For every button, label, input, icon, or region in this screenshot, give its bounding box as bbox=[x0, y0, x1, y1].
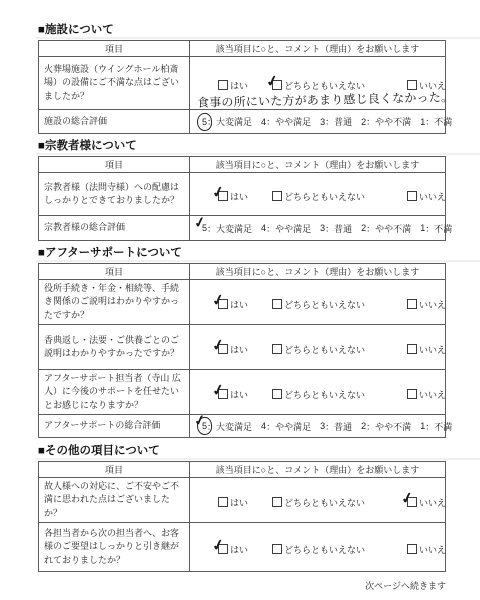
checkbox-square bbox=[218, 80, 228, 90]
option-label: どちらともいえない bbox=[284, 300, 365, 310]
rating-label: やや満足 bbox=[275, 420, 311, 433]
question-row: 火葬場施設（ウイングホール柏斎場）の設備にご不満な点はございましたか？ ✓はい … bbox=[39, 57, 446, 110]
option-label: はい bbox=[230, 345, 248, 355]
options-row: ✓はい ✓どちらともいえない ✓いいえ bbox=[190, 186, 445, 203]
options-row: ✓はい ✓どちらともいえない ✓いいえ bbox=[190, 339, 445, 356]
option-label: いいえ bbox=[419, 345, 446, 355]
options-row: ✓はい ✓どちらともいえない ✓いいえ bbox=[190, 492, 445, 509]
checkbox-square bbox=[407, 344, 417, 354]
rating-number: 3 bbox=[320, 421, 325, 431]
column-header-item: 項目 bbox=[39, 462, 190, 478]
response-cell: ✓5：大変満足 ✓4：やや満足 ✓3：普通 ✓2：やや不満 ✓1：不満 bbox=[190, 415, 446, 438]
rating-option-2[interactable]: ✓2：やや不満 bbox=[361, 420, 411, 433]
checkbox-no[interactable]: ✓いいえ bbox=[407, 343, 446, 356]
question-row: 役所手続き・年金・相続等、手続き関係のご説明はわかりやすかったですか？ ✓はい … bbox=[39, 280, 446, 325]
rating-scale: ✓5：大変満足 ✓4：やや満足 ✓3：普通 ✓2：やや不満 ✓1：不満 bbox=[190, 222, 445, 235]
question-row: アフターサポート担当者（寺山 広人）に今後のサポートを任せたいとお感じになります… bbox=[39, 370, 446, 415]
column-header-response: 該当項目に○と、コメント（理由）をお願いします bbox=[190, 264, 446, 280]
rating-option-4[interactable]: ✓4：やや満足 bbox=[261, 115, 311, 128]
column-header-item: 項目 bbox=[39, 157, 190, 173]
section-title: ■施設について bbox=[38, 24, 446, 37]
table-header-row: 項目 該当項目に○と、コメント（理由）をお願いします bbox=[39, 157, 446, 173]
rating-number: 5 bbox=[202, 117, 207, 127]
rating-separator: ： bbox=[207, 222, 216, 235]
response-cell: ✓はい ✓どちらともいえない ✓いいえ bbox=[190, 280, 446, 325]
handwritten-check-icon: ✓ bbox=[210, 181, 226, 201]
column-header-response: 該当項目に○と、コメント（理由）をお願いします bbox=[190, 41, 446, 57]
question-text: 香典返し・法要・ご供養ごとのご説明はわかりやすかったですか？ bbox=[39, 325, 190, 370]
rating-row: 施設の総合評価 ✓5：大変満足 ✓4：やや満足 ✓3：普通 ✓2：やや不満 ✓1… bbox=[39, 110, 446, 134]
checkbox-square bbox=[218, 497, 228, 507]
question-text: アフターサポートの総合評価 bbox=[39, 415, 190, 438]
checkbox-square bbox=[272, 299, 282, 309]
checkbox-neutral[interactable]: ✓どちらともいえない bbox=[272, 543, 365, 556]
options-row: ✓はい ✓どちらともいえない ✓いいえ bbox=[190, 539, 445, 556]
option-label: どちらともいえない bbox=[284, 192, 365, 202]
checkbox-square bbox=[407, 389, 417, 399]
checkbox-yes[interactable]: ✓はい bbox=[218, 543, 248, 556]
rating-label: 大変満足 bbox=[216, 222, 252, 235]
table-header-row: 項目 該当項目に○と、コメント（理由）をお願いします bbox=[39, 264, 446, 280]
response-cell: ✓はい ✓どちらともいえない ✓いいえ bbox=[190, 523, 446, 572]
handwritten-check-icon: ✓ bbox=[399, 487, 415, 507]
rating-row: アフターサポートの総合評価 ✓5：大変満足 ✓4：やや満足 ✓3：普通 ✓2：や… bbox=[39, 415, 446, 438]
rating-label: やや満足 bbox=[275, 115, 311, 128]
scanned-survey-page: ■施設について 項目 該当項目に○と、コメント（理由）をお願いします 火葬場施設… bbox=[0, 0, 480, 600]
handwritten-comment: 食事の所にいた方があまり感じ良くなかった。 bbox=[197, 88, 454, 111]
rating-separator: ： bbox=[325, 222, 334, 235]
question-text: アフターサポート担当者（寺山 広人）に今後のサポートを任せたいとお感じになります… bbox=[39, 370, 190, 415]
rating-separator: ： bbox=[366, 115, 375, 128]
option-label: いいえ bbox=[419, 545, 446, 555]
checkbox-yes[interactable]: ✓はい bbox=[218, 79, 248, 92]
question-text: 故人様への対応に、ご不安やご不満に思われた点はございましたか？ bbox=[39, 478, 190, 523]
rating-label: 大変満足 bbox=[216, 420, 252, 433]
rating-separator: ： bbox=[425, 420, 434, 433]
rating-label: 普通 bbox=[334, 115, 352, 128]
rating-number: 5 bbox=[202, 223, 207, 233]
next-page-note: 次ページへ続きます bbox=[38, 579, 446, 592]
rating-number: 4 bbox=[261, 117, 266, 127]
option-label: はい bbox=[230, 300, 248, 310]
survey-content: ■施設について 項目 該当項目に○と、コメント（理由）をお願いします 火葬場施設… bbox=[38, 24, 446, 592]
option-label: どちらともいえない bbox=[284, 81, 365, 91]
checkbox-yes[interactable]: ✓はい bbox=[218, 343, 248, 356]
rating-label: やや不満 bbox=[375, 222, 411, 235]
rating-number: 1 bbox=[420, 223, 425, 233]
rating-separator: ： bbox=[266, 222, 275, 235]
checkbox-yes[interactable]: ✓はい bbox=[218, 496, 248, 509]
rating-option-5[interactable]: ✓5：大変満足 bbox=[202, 420, 252, 433]
question-text: 役所手続き・年金・相続等、手続き関係のご説明はわかりやすかったですか？ bbox=[39, 280, 190, 325]
checkbox-square bbox=[407, 544, 417, 554]
question-text: 宗教者様（法問寺様）への配慮はしっかりとできておりましたか？ bbox=[39, 173, 190, 216]
checkbox-yes[interactable]: ✓はい bbox=[218, 388, 248, 401]
section-title: ■宗教者様について bbox=[38, 140, 446, 153]
question-text: 施設の総合評価 bbox=[39, 110, 190, 134]
rating-separator: ： bbox=[266, 420, 275, 433]
checkbox-yes[interactable]: ✓はい bbox=[218, 298, 248, 311]
rating-separator: ： bbox=[325, 420, 334, 433]
response-cell: ✓はい ✓どちらともいえない ✓いいえ bbox=[190, 370, 446, 415]
rating-number: 1 bbox=[420, 421, 425, 431]
option-label: いいえ bbox=[419, 498, 446, 508]
handwritten-check-icon: ✓ bbox=[210, 379, 226, 399]
rating-scale: ✓5：大変満足 ✓4：やや満足 ✓3：普通 ✓2：やや不満 ✓1：不満 bbox=[190, 420, 445, 433]
rating-number: 4 bbox=[261, 223, 266, 233]
option-label: いいえ bbox=[419, 192, 446, 202]
religious-table: 項目 該当項目に○と、コメント（理由）をお願いします 宗教者様（法問寺様）への配… bbox=[38, 156, 446, 241]
checkbox-neutral[interactable]: ✓どちらともいえない bbox=[272, 496, 365, 509]
rating-number: 2 bbox=[361, 223, 366, 233]
rating-option-1[interactable]: ✓1：不満 bbox=[420, 222, 452, 235]
table-header-row: 項目 該当項目に○と、コメント（理由）をお願いします bbox=[39, 462, 446, 478]
rating-label: 普通 bbox=[334, 420, 352, 433]
checkbox-square bbox=[407, 191, 417, 201]
question-row: 故人様への対応に、ご不安やご不満に思われた点はございましたか？ ✓はい ✓どちら… bbox=[39, 478, 446, 523]
rating-option-3[interactable]: ✓3：普通 bbox=[320, 115, 352, 128]
checkbox-no[interactable]: ✓いいえ bbox=[407, 190, 446, 203]
column-header-item: 項目 bbox=[39, 264, 190, 280]
section-facility: ■施設について 項目 該当項目に○と、コメント（理由）をお願いします 火葬場施設… bbox=[38, 24, 446, 134]
option-label: どちらともいえない bbox=[284, 498, 365, 508]
rating-separator: ： bbox=[366, 222, 375, 235]
section-title: ■アフターサポートについて bbox=[38, 247, 446, 260]
column-header-item: 項目 bbox=[39, 41, 190, 57]
response-cell: ✓はい ✓どちらともいえない ✓いいえ bbox=[190, 325, 446, 370]
question-row: 各担当者から次の担当者へ、お客様のご要望はしっかりと引き継がれておりましたか？ … bbox=[39, 523, 446, 572]
checkbox-no[interactable]: ✓いいえ bbox=[407, 543, 446, 556]
rating-number: 3 bbox=[320, 117, 325, 127]
checkbox-square bbox=[272, 544, 282, 554]
rating-option-4[interactable]: ✓4：やや満足 bbox=[261, 420, 311, 433]
other-table: 項目 該当項目に○と、コメント（理由）をお願いします 故人様への対応に、ご不安や… bbox=[38, 461, 446, 572]
handwritten-check-icon: ✓ bbox=[210, 534, 226, 554]
option-label: どちらともいえない bbox=[284, 345, 365, 355]
checkbox-square bbox=[272, 497, 282, 507]
rating-separator: ： bbox=[366, 420, 375, 433]
response-cell: ✓はい ✓どちらともいえない ✓いいえ bbox=[190, 173, 446, 216]
column-header-response: 該当項目に○と、コメント（理由）をお願いします bbox=[190, 462, 446, 478]
rating-option-2[interactable]: ✓2：やや不満 bbox=[361, 222, 411, 235]
rating-option-1[interactable]: ✓1：不満 bbox=[420, 420, 452, 433]
rating-separator: ： bbox=[425, 115, 434, 128]
section-aftersupport: ■アフターサポートについて 項目 該当項目に○と、コメント（理由）をお願いします… bbox=[38, 247, 446, 438]
rating-label: やや満足 bbox=[275, 222, 311, 235]
question-text: 火葬場施設（ウイングホール柏斎場）の設備にご不満な点はございましたか？ bbox=[39, 57, 190, 110]
checkbox-no[interactable]: ✓いいえ bbox=[407, 496, 446, 509]
rating-option-5[interactable]: ✓5：大変満足 bbox=[202, 222, 252, 235]
checkbox-neutral[interactable]: ✓どちらともいえない bbox=[272, 298, 365, 311]
rating-label: 不満 bbox=[434, 115, 452, 128]
response-cell: ✓5：大変満足 ✓4：やや満足 ✓3：普通 ✓2：やや不満 ✓1：不満 bbox=[190, 216, 446, 241]
question-row: 宗教者様（法問寺様）への配慮はしっかりとできておりましたか？ ✓はい ✓どちらと… bbox=[39, 173, 446, 216]
rating-separator: ： bbox=[266, 115, 275, 128]
rating-separator: ： bbox=[425, 222, 434, 235]
options-row: ✓はい ✓どちらともいえない ✓いいえ bbox=[190, 294, 445, 311]
rating-option-5[interactable]: ✓5：大変満足 bbox=[202, 115, 252, 128]
handwritten-check-icon: ✓ bbox=[210, 334, 226, 354]
table-header-row: 項目 該当項目に○と、コメント（理由）をお願いします bbox=[39, 41, 446, 57]
rating-number: 3 bbox=[320, 223, 325, 233]
rating-number: 4 bbox=[261, 421, 266, 431]
option-label: いいえ bbox=[419, 300, 446, 310]
checkbox-square bbox=[272, 344, 282, 354]
checkbox-square bbox=[272, 191, 282, 201]
response-cell: ✓はい ✓どちらともいえない ✓いいえ bbox=[190, 478, 446, 523]
handwritten-check-icon: ✓ bbox=[210, 289, 226, 309]
checkbox-neutral[interactable]: ✓どちらともいえない bbox=[272, 343, 365, 356]
response-cell: ✓はい ✓どちらともいえない ✓いいえ 食事の所にいた方があまり感じ良くなかった… bbox=[190, 57, 446, 110]
rating-row: 宗教者様の総合評価 ✓5：大変満足 ✓4：やや満足 ✓3：普通 ✓2：やや不満 … bbox=[39, 216, 446, 241]
rating-option-4[interactable]: ✓4：やや満足 bbox=[261, 222, 311, 235]
checkbox-neutral[interactable]: ✓どちらともいえない bbox=[272, 388, 365, 401]
response-cell: ✓5：大変満足 ✓4：やや満足 ✓3：普通 ✓2：やや不満 ✓1：不満 bbox=[190, 110, 446, 134]
question-text: 宗教者様の総合評価 bbox=[39, 216, 190, 241]
section-other: ■その他の項目について 項目 該当項目に○と、コメント（理由）をお願いします 故… bbox=[38, 445, 446, 572]
checkbox-no[interactable]: ✓いいえ bbox=[407, 298, 446, 311]
rating-label: 普通 bbox=[334, 222, 352, 235]
rating-number: 1 bbox=[420, 117, 425, 127]
section-title: ■その他の項目について bbox=[38, 445, 446, 458]
option-label: どちらともいえない bbox=[284, 545, 365, 555]
rating-label: 大変満足 bbox=[216, 115, 252, 128]
option-label: はい bbox=[230, 498, 248, 508]
rating-option-1[interactable]: ✓1：不満 bbox=[420, 115, 452, 128]
checkbox-square bbox=[272, 389, 282, 399]
handwritten-check-icon: ✓ bbox=[264, 70, 280, 90]
rating-label: 不満 bbox=[434, 420, 452, 433]
option-label: はい bbox=[230, 390, 248, 400]
option-label: はい bbox=[230, 81, 248, 91]
rating-scale: ✓5：大変満足 ✓4：やや満足 ✓3：普通 ✓2：やや不満 ✓1：不満 bbox=[190, 115, 445, 128]
option-label: どちらともいえない bbox=[284, 390, 365, 400]
rating-number: 5 bbox=[202, 421, 207, 431]
checkbox-neutral[interactable]: ✓どちらともいえない bbox=[272, 190, 365, 203]
rating-separator: ： bbox=[325, 115, 334, 128]
checkbox-no[interactable]: ✓いいえ bbox=[407, 388, 446, 401]
question-row: 香典返し・法要・ご供養ごとのご説明はわかりやすかったですか？ ✓はい ✓どちらと… bbox=[39, 325, 446, 370]
rating-option-3[interactable]: ✓3：普通 bbox=[320, 420, 352, 433]
question-text: 各担当者から次の担当者へ、お客様のご要望はしっかりと引き継がれておりましたか？ bbox=[39, 523, 190, 572]
rating-number: 2 bbox=[361, 421, 366, 431]
rating-number: 2 bbox=[361, 117, 366, 127]
option-label: はい bbox=[230, 192, 248, 202]
column-header-response: 該当項目に○と、コメント（理由）をお願いします bbox=[190, 157, 446, 173]
aftersupport-table: 項目 該当項目に○と、コメント（理由）をお願いします 役所手続き・年金・相続等、… bbox=[38, 263, 446, 438]
option-label: いいえ bbox=[419, 390, 446, 400]
rating-label: やや不満 bbox=[375, 115, 411, 128]
section-religious: ■宗教者様について 項目 該当項目に○と、コメント（理由）をお願いします 宗教者… bbox=[38, 140, 446, 241]
checkbox-yes[interactable]: ✓はい bbox=[218, 190, 248, 203]
option-label: はい bbox=[230, 545, 248, 555]
facility-table: 項目 該当項目に○と、コメント（理由）をお願いします 火葬場施設（ウイングホール… bbox=[38, 40, 446, 134]
rating-option-3[interactable]: ✓3：普通 bbox=[320, 222, 352, 235]
checkbox-square bbox=[407, 299, 417, 309]
options-row: ✓はい ✓どちらともいえない ✓いいえ bbox=[190, 384, 445, 401]
rating-label: 不満 bbox=[434, 222, 452, 235]
rating-option-2[interactable]: ✓2：やや不満 bbox=[361, 115, 411, 128]
rating-label: やや不満 bbox=[375, 420, 411, 433]
